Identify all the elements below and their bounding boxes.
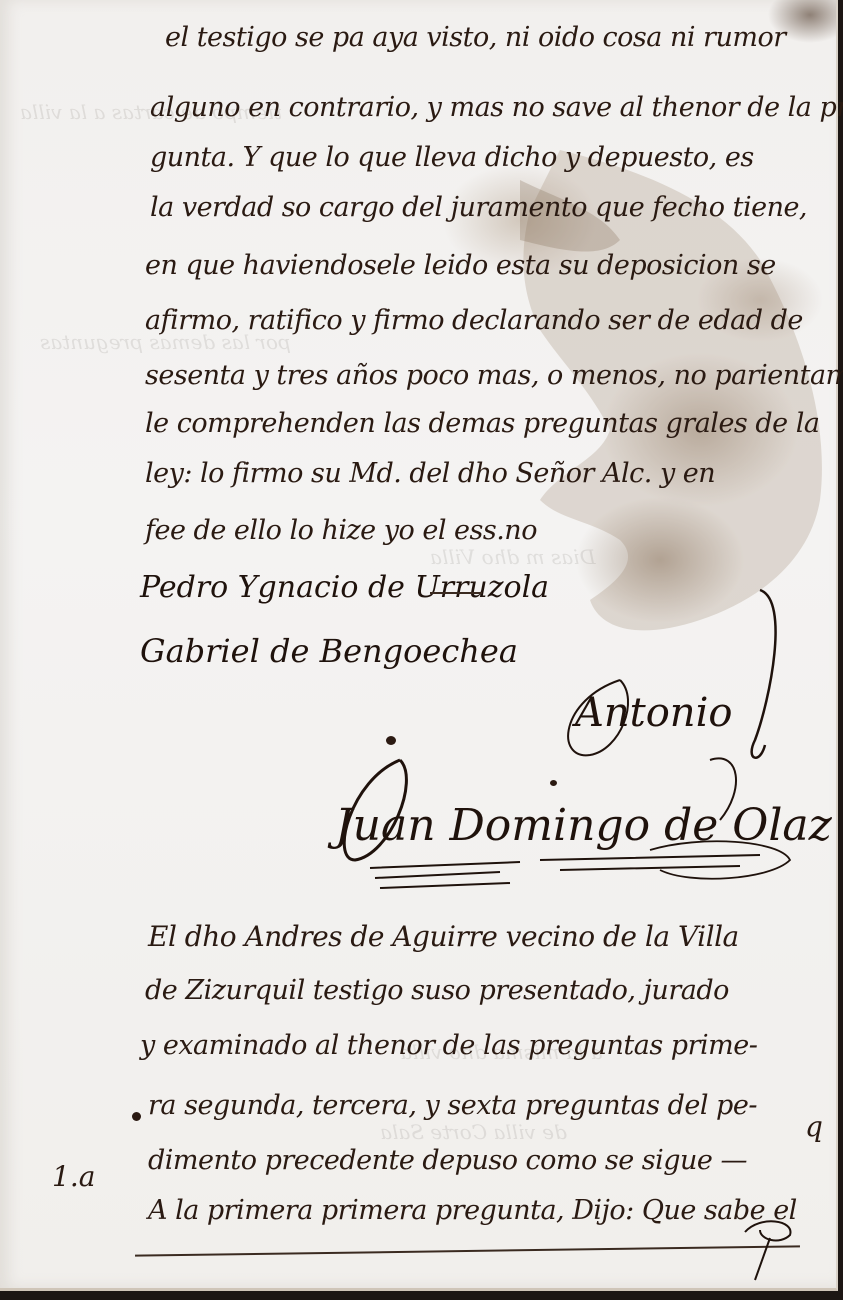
testimony-line-6: A la primera primera pregunta, Dijo: Que… xyxy=(148,1195,797,1226)
body-line-1: el testigo se pa aya visto, ni oido cosa… xyxy=(165,22,786,53)
body-line-6: afirmo, ratifico y firmo declarando ser … xyxy=(145,305,803,336)
bleed-through-text: Dias m dho Villa xyxy=(430,545,596,569)
body-line-9: ley: lo firmo su Md. del dho Señor Alc. … xyxy=(145,458,715,489)
signature-bengoechea: Gabriel de Bengoechea xyxy=(140,632,518,670)
bleed-through-text: de villa Corte Sala xyxy=(380,1120,567,1144)
body-line-7: sesenta y tres años poco mas, o menos, n… xyxy=(145,360,843,391)
signature-urruzola: Pedro Ygnacio de Urruzola xyxy=(140,570,549,605)
closing-rule xyxy=(135,1245,800,1256)
body-line-4: la verdad so cargo del juramento que fec… xyxy=(150,192,807,223)
margin-note-left: 1.a xyxy=(52,1160,95,1193)
ink-blot xyxy=(132,1112,141,1121)
body-line-10: fee de ello lo hize yo el ess.no xyxy=(145,515,537,546)
testimony-line-5: dimento precedente depuso como se sigue … xyxy=(148,1145,747,1176)
ink-blot xyxy=(386,736,396,745)
body-line-3: gunta. Y que lo que lleva dicho y depues… xyxy=(150,142,754,173)
signature-antonio: Antonio xyxy=(575,690,732,736)
body-line-2: alguno en contrario, y mas no save al th… xyxy=(150,92,843,123)
signature-juan-domingo: Juan Domingo de Olaz xyxy=(335,800,832,851)
body-line-5: en que haviendosele leido esta su deposi… xyxy=(145,250,776,281)
signature-dash xyxy=(430,592,482,594)
manuscript-page: tiempo de cartas a la villa por las dema… xyxy=(0,0,838,1291)
testimony-line-1: El dho Andres de Aguirre vecino de la Vi… xyxy=(148,920,739,953)
testimony-line-3: y examinado al thenor de las preguntas p… xyxy=(140,1030,757,1061)
margin-note-right: q xyxy=(805,1110,823,1143)
body-line-8: le comprehenden las demas preguntas gral… xyxy=(145,408,819,439)
testimony-line-4: ra segunda, tercera, y sexta preguntas d… xyxy=(148,1090,757,1121)
testimony-line-2: de Zizurquil testigo suso presentado, ju… xyxy=(145,975,729,1006)
ink-blot xyxy=(550,780,557,786)
